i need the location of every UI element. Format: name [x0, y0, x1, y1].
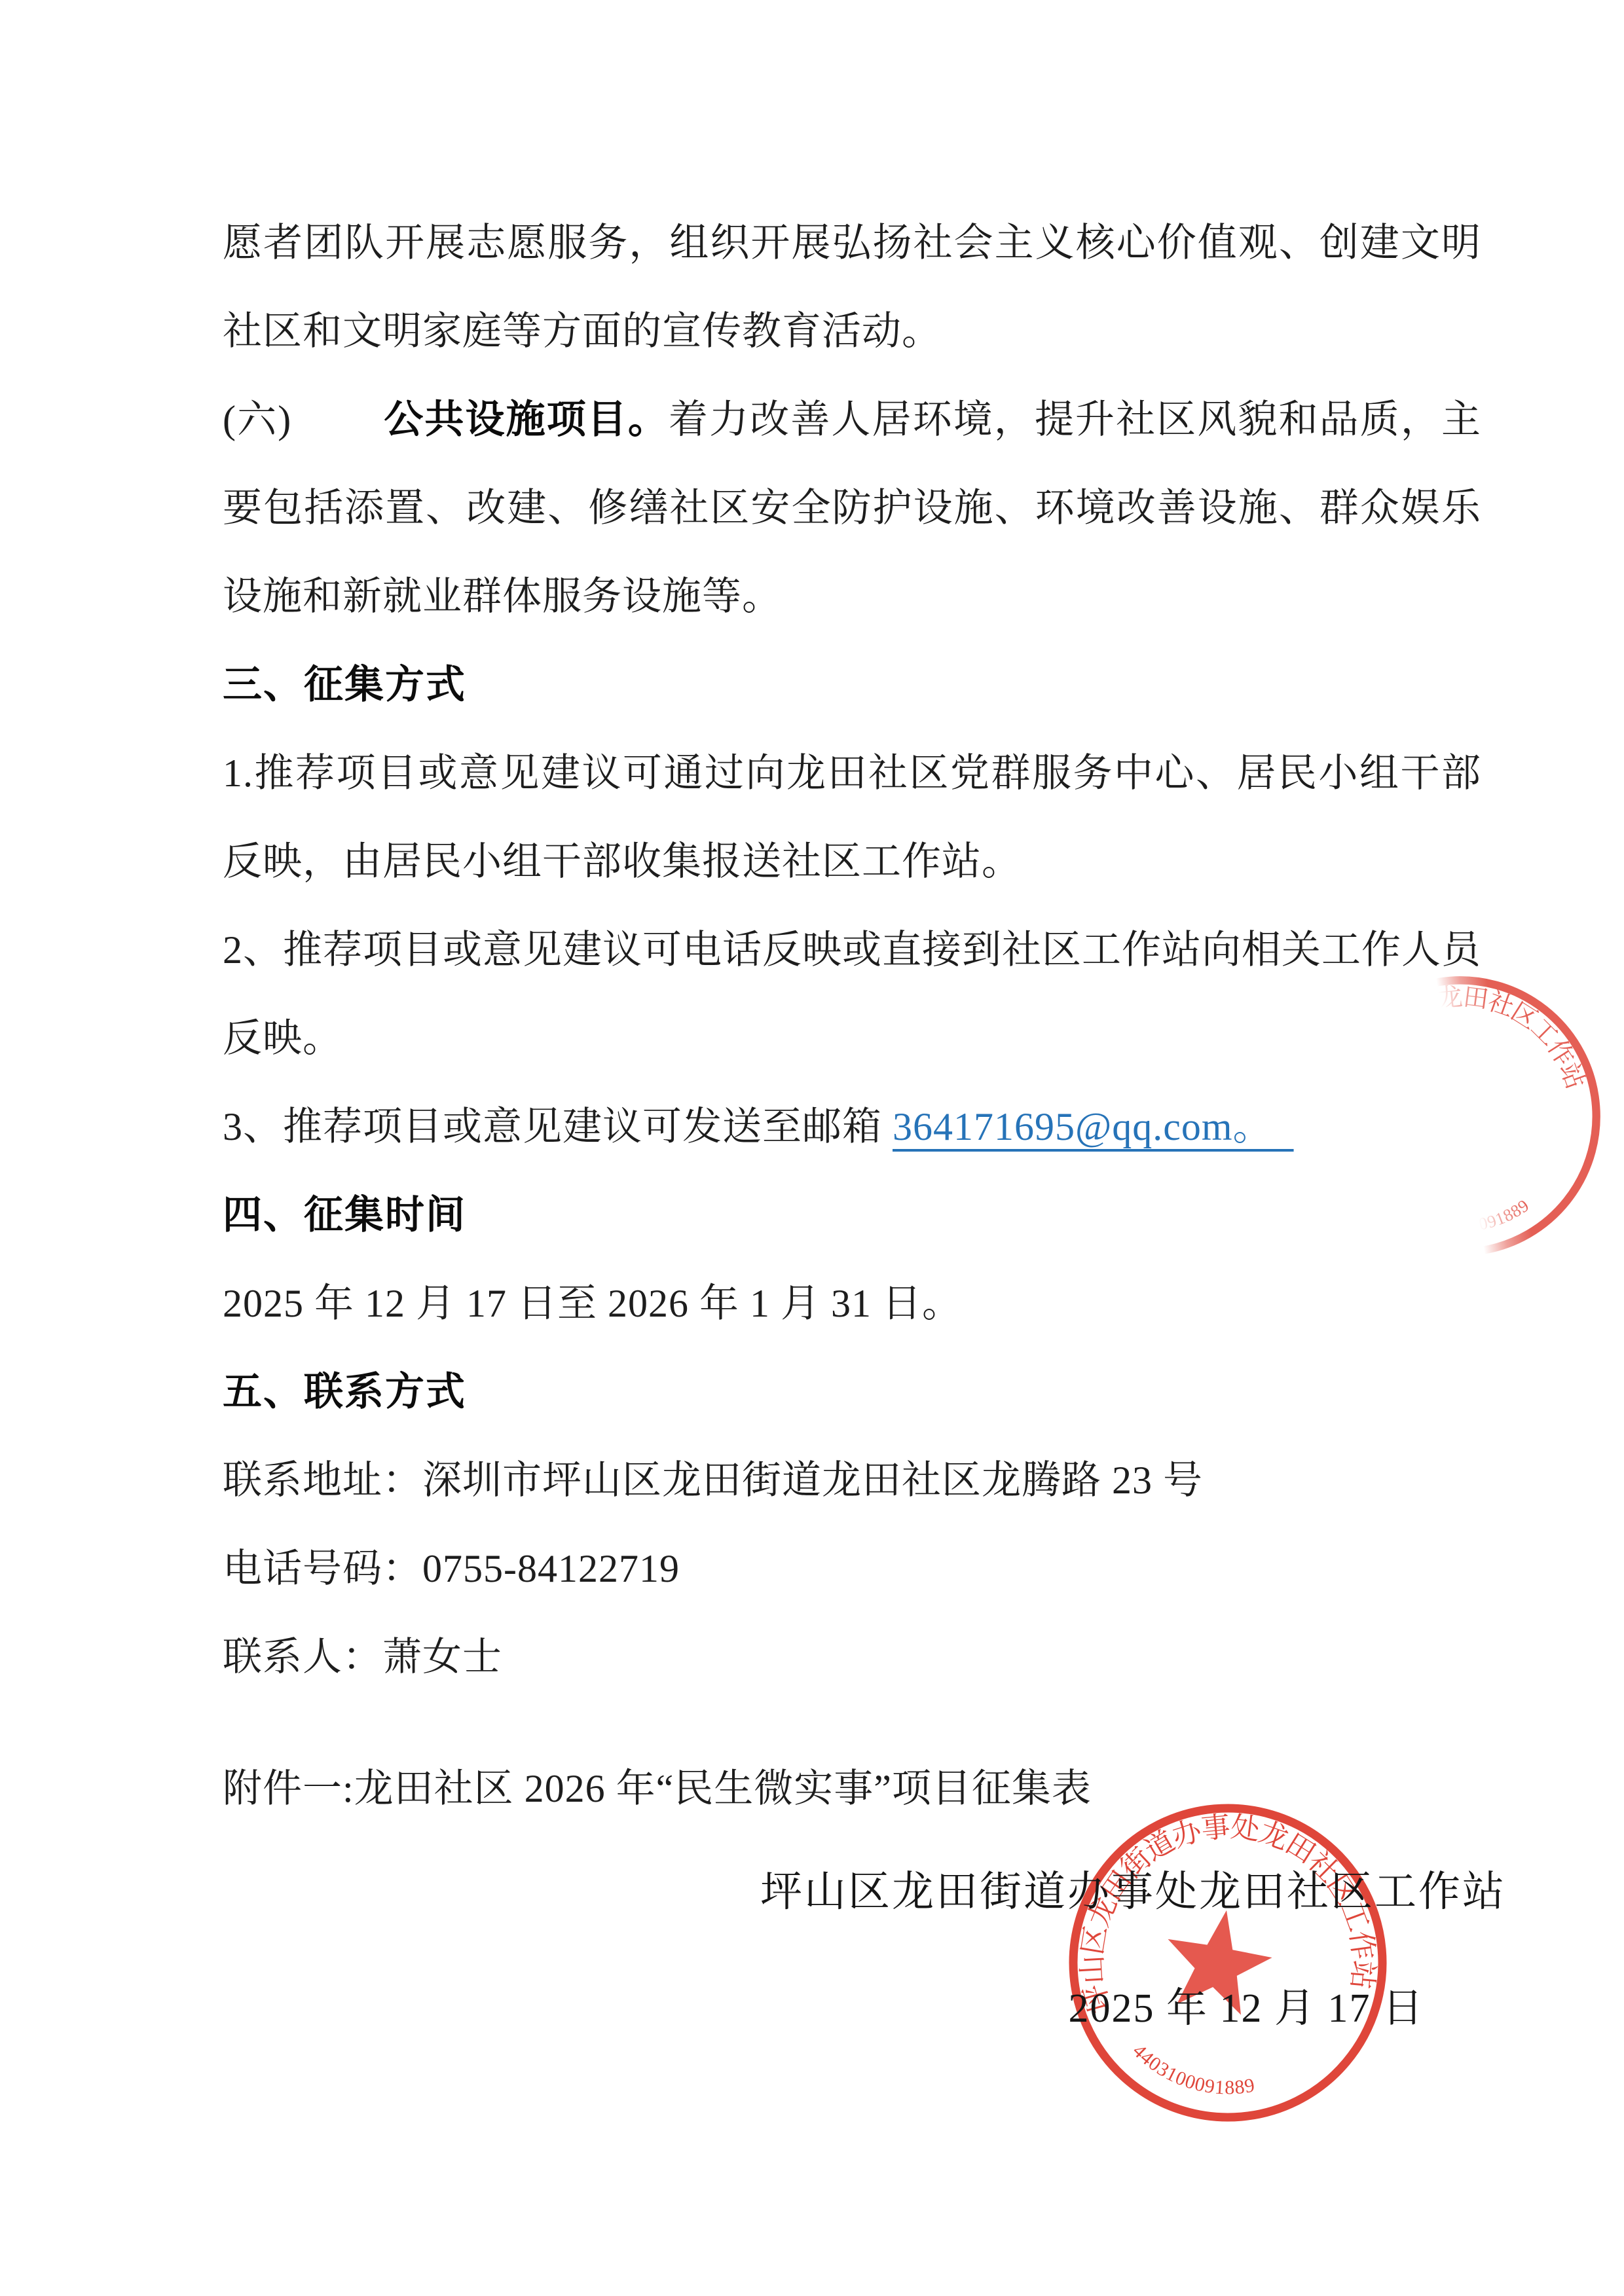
attachment-line: 附件一:龙田社区 2026 年“民生微实事”项目征集表: [223, 1745, 1481, 1833]
item6-title: 公共设施项目。: [383, 398, 669, 441]
signature-date: 2025 年 12 月 17 日: [1068, 1965, 1424, 2052]
paragraph-period: 2025 年 12 月 17 日至 2026 年 1 月 31 日。: [223, 1260, 1481, 1348]
method3-text: 3、推荐项目或意见建议可发送至邮箱: [223, 1105, 893, 1148]
email-link[interactable]: 364171695@qq.com。: [893, 1105, 1294, 1148]
heading-collection-period: 四、征集时间: [223, 1171, 1481, 1260]
paragraph-method-2: 2、推荐项目或意见建议可电话反映或直接到社区工作站向相关工作人员反映。: [223, 906, 1481, 1083]
scanned-document-page: 坪山区龙田街道办事处龙田社区工作站 4403100091889 坪山区龙田街道办…: [0, 0, 1624, 2296]
paragraph-volunteer-continuation: 愿者团队开展志愿服务，组织开展弘扬社会主义核心价值观、创建文明社区和文明家庭等方…: [223, 199, 1481, 376]
signature-organization: 坪山区龙田街道办事处龙田社区工作站: [760, 1849, 1506, 1935]
paragraph-contact-address: 联系地址：深圳市坪山区龙田街道龙田社区龙腾路 23 号: [223, 1436, 1481, 1525]
paragraph-contact-person: 联系人：萧女士: [223, 1613, 1481, 1702]
document-body: 愿者团队开展志愿服务，组织开展弘扬社会主义核心价值观、创建文明社区和文明家庭等方…: [223, 199, 1481, 1833]
paragraph-method-1: 1.推荐项目或意见建议可通过向龙田社区党群服务中心、居民小组干部反映，由居民小组…: [223, 729, 1481, 906]
heading-contact-info: 五、联系方式: [223, 1348, 1481, 1436]
paragraph-item6: (六)公共设施项目。着力改善人居环境，提升社区风貌和品质，主要包括添置、改建、修…: [223, 376, 1481, 641]
heading-collection-method: 三、征集方式: [223, 641, 1481, 729]
item6-number: (六): [223, 398, 291, 441]
paragraph-method-3: 3、推荐项目或意见建议可发送至邮箱 364171695@qq.com。: [223, 1083, 1481, 1171]
paragraph-contact-phone: 电话号码：0755-84122719: [223, 1525, 1481, 1613]
official-seal-main: 坪山区龙田街道办事处龙田社区工作站 4403100091889: [1064, 1799, 1392, 2126]
